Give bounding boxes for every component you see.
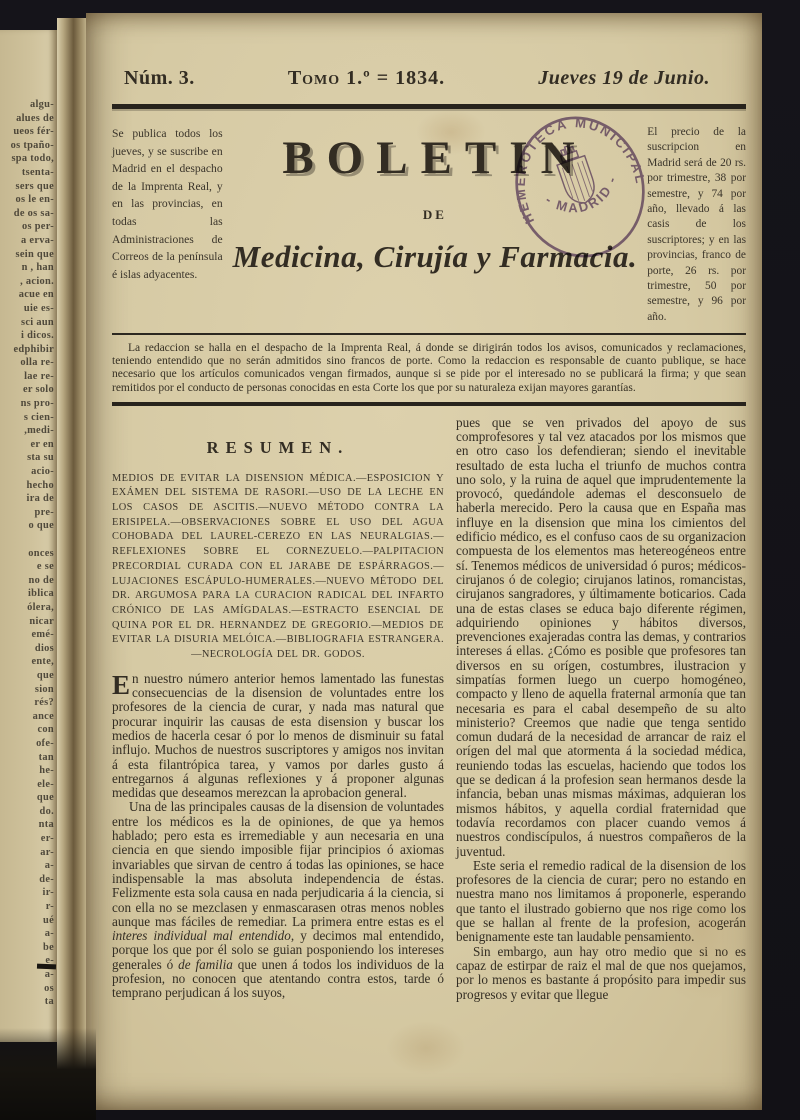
margin-fragment: emé- [0, 628, 57, 642]
margin-fragment: er- [0, 832, 57, 846]
publication-info: Se publica todos los jueves, y se suscri… [112, 125, 223, 325]
margin-fragment: he- [0, 764, 57, 778]
paper-stain [386, 1021, 466, 1075]
margin-fragment: tsenta- [0, 166, 57, 180]
margin-fragment: i dicos. [0, 329, 57, 343]
margin-fragment: ns pro- [0, 397, 57, 411]
margin-fragment: nta [0, 818, 57, 832]
margin-fragment: nicar [0, 615, 57, 629]
margin-fragment: rés? [0, 696, 57, 710]
header-rule [112, 104, 746, 109]
margin-fragment: ,medi- [0, 424, 57, 438]
issue-number: Núm. 3. [124, 67, 195, 90]
notice-rule-top [112, 333, 746, 335]
margin-fragment: de- [0, 873, 57, 887]
margin-fragment: er solo [0, 383, 57, 397]
article-paragraph: Una de las principales causas de la dise… [112, 800, 444, 1000]
margin-fragment: que [0, 791, 57, 805]
article-paragraph: Sin embargo, aun hay otro medio que si n… [456, 945, 746, 1002]
margin-fragment: sein que [0, 248, 57, 262]
article-paragraph: pues que se ven privados del apoyo de su… [456, 416, 746, 859]
margin-fragment: er en [0, 438, 57, 452]
margin-fragment: be [0, 941, 57, 955]
margin-fragment: n , han [0, 261, 57, 275]
margin-fragment: ance [0, 710, 57, 724]
binding-gutter [57, 18, 87, 1112]
binding-shadow [0, 1028, 96, 1120]
margin-fragment: acio- [0, 465, 57, 479]
issue-header: Núm. 3. Tomo 1.º = 1834. Jueves 19 de Ju… [124, 67, 710, 90]
margin-fragment: ira de [0, 492, 57, 506]
masthead: Se publica todos los jueves, y se suscri… [112, 125, 746, 325]
emphasized-text: interes individual mal entendido [112, 928, 291, 943]
margin-fragment: algu- [0, 98, 57, 112]
margin-fragment: dios [0, 642, 57, 656]
margin-fragment: ele- [0, 778, 57, 792]
margin-fragment: do. [0, 805, 57, 819]
margin-fragment: pre- [0, 506, 57, 520]
margin-fragment: sion [0, 683, 57, 697]
margin-fragment: , acion. [0, 275, 57, 289]
margin-fragment: lae re- [0, 370, 57, 384]
margin-fragment: ente, [0, 655, 57, 669]
margin-fragment: sci aun [0, 316, 57, 330]
margin-fragment: ólera, [0, 601, 57, 615]
margin-fragment: e se [0, 560, 57, 574]
margin-fragment: os per- [0, 220, 57, 234]
margin-fragment: sta su [0, 451, 57, 465]
margin-fragment: onces [0, 547, 57, 561]
scan-backdrop: algu-alues deueos fér-os tpaño-spa todo,… [0, 0, 800, 1120]
paragraph-text: n nuestro número anterior hemos lamentad… [112, 671, 444, 800]
previous-page-edge: algu-alues deueos fér-os tpaño-spa todo,… [0, 30, 57, 1042]
margin-fragment: a erva- [0, 234, 57, 248]
resumen-summary: MEDIOS DE EVITAR LA DISENSION MÉDICA.—ES… [112, 472, 444, 663]
margin-fragment: edphibir [0, 343, 57, 357]
margin-fragment: olla re- [0, 356, 57, 370]
notice-rule-bottom [112, 402, 746, 406]
margin-fragment: ofe- [0, 737, 57, 751]
margin-fragment: uie es- [0, 302, 57, 316]
margin-fragment: ueos fér- [0, 125, 57, 139]
margin-fragment: con [0, 723, 57, 737]
margin-fragment: ar- [0, 846, 57, 860]
article-columns: RESUMEN. MEDIOS DE EVITAR LA DISENSION M… [112, 416, 746, 1002]
drop-cap: E [112, 673, 132, 697]
margin-fragment: a- [0, 927, 57, 941]
article-paragraph: En nuestro número anterior hemos lamenta… [112, 672, 444, 801]
left-column: RESUMEN. MEDIOS DE EVITAR LA DISENSION M… [112, 416, 444, 1002]
emphasized-text: de familia [178, 957, 233, 972]
ink-mark [37, 964, 56, 970]
margin-fragment: iblica [0, 587, 57, 601]
article-paragraph: Este seria el remedio radical de la dise… [456, 859, 746, 945]
margin-fragment: a- [0, 968, 57, 982]
volume-year: Tomo 1.º = 1834. [288, 67, 445, 90]
margin-fragment: hecho [0, 479, 57, 493]
margin-fragment: acue en [0, 288, 57, 302]
issue-date: Jueves 19 de Junio. [538, 67, 710, 90]
margin-fragment: os le en- [0, 193, 57, 207]
editorial-notice: La redaccion se halla en el despacho de … [112, 342, 746, 394]
margin-fragment: os [0, 982, 57, 996]
bulletin-page: Núm. 3. Tomo 1.º = 1834. Jueves 19 de Ju… [86, 13, 762, 1110]
margin-fragment: de os sa- [0, 207, 57, 221]
right-column: pues que se ven privados del apoyo de su… [456, 416, 746, 1002]
resumen-heading: RESUMEN. [112, 438, 444, 458]
margin-fragment: o que [0, 519, 57, 533]
margin-text-fragments: algu-alues deueos fér-os tpaño-spa todo,… [0, 30, 57, 1009]
margin-fragment: sers que [0, 180, 57, 194]
margin-fragment: spa todo, [0, 152, 57, 166]
margin-fragment: s cien- [0, 411, 57, 425]
margin-fragment: alues de [0, 112, 57, 126]
margin-fragment: ta [0, 995, 57, 1009]
margin-fragment: os tpaño- [0, 139, 57, 153]
margin-fragment: no de [0, 574, 57, 588]
margin-fragment: tan [0, 751, 57, 765]
margin-fragment: ué [0, 914, 57, 928]
margin-fragment: ir- [0, 886, 57, 900]
paragraph-text: Una de las principales causas de la dise… [112, 799, 444, 928]
margin-fragment: a- [0, 859, 57, 873]
margin-fragment [0, 533, 57, 547]
margin-fragment: que [0, 669, 57, 683]
margin-fragment: r- [0, 900, 57, 914]
